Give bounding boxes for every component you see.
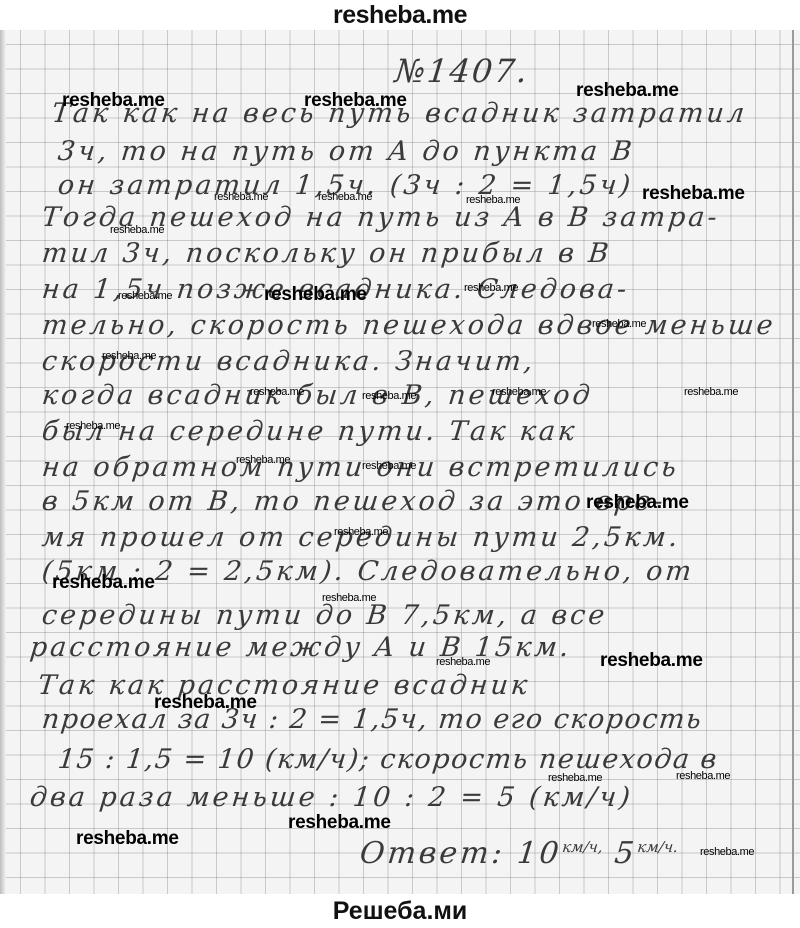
watermark: resheba.me [334,526,388,538]
solution-line: два раза меньше : 10 : 2 = 5 (км/ч) [28,782,634,813]
watermark: resheba.me [62,90,165,112]
answer-unit-1: км/ч, [561,838,603,856]
answer-unit-2: км/ч. [636,838,678,856]
solution-line: тельно, скорость пешехода вдвое меньше [40,310,777,341]
solution-line: был на середине пути. Так как [40,416,579,447]
answer-value-1: 10 [516,836,564,871]
watermark: resheba.me [52,572,155,594]
watermark: resheba.me [684,386,738,398]
answer-value-2: 5 [613,836,639,871]
answer-line: Ответ: 10км/ч, 5км/ч. [358,836,679,871]
solution-line: Так как расстояние всадник [36,670,531,701]
solution-line: на обратном пути они встретились [40,452,680,483]
watermark: resheba.me [288,812,391,834]
watermark: resheba.me [464,282,518,294]
solution-line: расстояние между A и B 15км. [28,632,573,663]
solution-line: проехал за 3ч : 2 = 1,5ч, то его скорост… [40,704,704,735]
watermark: resheba.me [436,656,490,668]
site-logo-text[interactable]: resheba.me [333,1,467,29]
watermark: resheba.me [548,772,602,784]
watermark: resheba.me [362,460,416,472]
watermark: resheba.me [110,224,164,236]
solution-line: 3ч, то на путь от A до пункта B [56,136,636,167]
watermark: resheba.me [322,592,376,604]
watermark: resheba.me [118,290,172,302]
watermark: resheba.me [66,420,120,432]
watermark: resheba.me [600,650,703,672]
watermark: resheba.me [676,770,730,782]
watermark: resheba.me [362,390,416,402]
site-footer-text[interactable]: Решеба.ми [333,897,468,925]
solution-line: тил 3ч, поскольку он прибыл в B [40,238,613,269]
margin-line [792,30,794,894]
watermark: resheba.me [466,194,520,206]
watermark: resheba.me [76,828,179,850]
site-footer: Решеба.ми [0,894,800,928]
watermark: resheba.me [102,350,156,362]
notebook-page: №1407. Так как на весь путь всадник затр… [0,30,800,894]
site-header: resheba.me [0,0,800,30]
watermark: resheba.me [304,90,407,112]
task-number: №1407. [393,52,531,90]
solution-line: 15 : 1,5 = 10 (км/ч); скорость пешехода … [56,744,719,775]
watermark: resheba.me [214,191,268,203]
watermark: resheba.me [264,284,367,306]
watermark: resheba.me [592,318,646,330]
watermark: resheba.me [642,183,745,205]
watermark: resheba.me [492,386,546,398]
watermark: resheba.me [576,80,679,102]
watermark: resheba.me [700,846,754,858]
watermark: resheba.me [236,454,290,466]
watermark: resheba.me [154,692,257,714]
watermark: resheba.me [250,386,304,398]
solution-line: середины пути до B 7,5км, а все [40,600,609,631]
watermark: resheba.me [318,191,372,203]
watermark: resheba.me [586,492,689,514]
answer-label: Ответ: [358,836,506,871]
solution-line: в 5км от B, то пешеход за это вре- [40,486,667,517]
